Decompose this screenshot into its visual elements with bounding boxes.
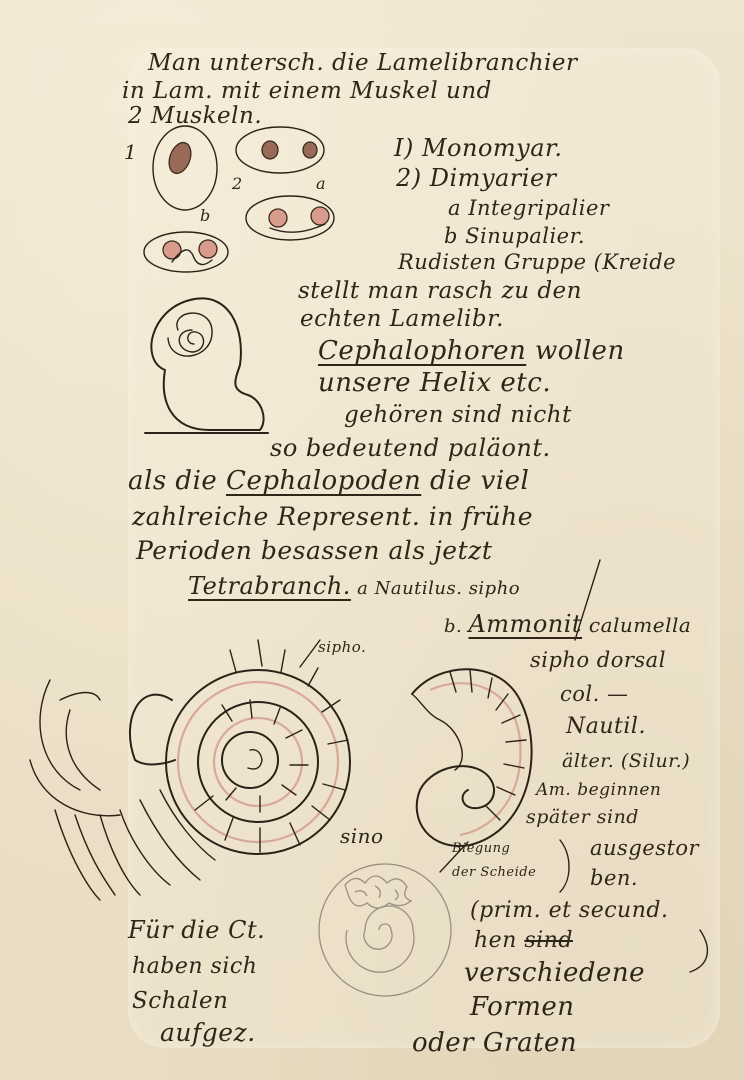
notebook-page: Man untersch. die Lamelibranchier in Lam… <box>0 0 744 1080</box>
term-cephalopoden: Cephalopoden <box>226 466 421 496</box>
text-line-formen: Formen <box>470 994 575 1020</box>
text-line-gehoren: gehören sind nicht <box>344 404 572 427</box>
text-line-nautil: Nautil. <box>566 716 646 738</box>
term-cephalophoren: Cephalophoren <box>318 336 526 366</box>
text-line-oder: oder Graten <box>412 1030 577 1056</box>
text-line-beginnen: Am. beginnen <box>536 782 661 799</box>
text-line-aufgez: aufgez. <box>160 1020 256 1045</box>
text-line-stellt: stellt man rasch zu den <box>298 280 582 303</box>
fig-label-2: 2 <box>232 176 243 192</box>
text-line-sipho-dorsal: sipho dorsal <box>530 650 666 671</box>
fig-label-1: 1 <box>124 142 137 162</box>
term-ammonit: Ammonit <box>468 610 582 638</box>
text-line-haben: haben sich <box>132 956 257 978</box>
sinus-label: sino <box>340 826 384 846</box>
text-line-rudisten: Rudisten Gruppe (Kreide <box>398 252 676 273</box>
text-line-monomyar: I) Monomyar. <box>394 136 563 160</box>
text-line-helix: unsere Helix etc. <box>318 370 551 396</box>
struck-word: sind <box>524 928 573 953</box>
biegung-label: Biegung <box>452 842 510 855</box>
text-line-fur-die: Für die Ct. <box>128 918 265 942</box>
text-line-bedeutend: so bedeutend paläont. <box>270 436 551 460</box>
text-line-schalen: Schalen <box>132 990 228 1013</box>
text-line-3: 2 Muskeln. <box>128 105 262 128</box>
text-line-zahlreiche: zahlreiche Represent. in frühe <box>132 504 533 529</box>
text-line-ben: ben. <box>590 868 638 889</box>
term-tetrabranch: Tetrabranch. <box>188 572 351 600</box>
text-line-col: col. — <box>560 684 628 705</box>
text-line-1: Man untersch. die Lamelibranchier <box>148 52 578 75</box>
text-line-cephalopoden: als die Cephalopoden die viel <box>128 468 529 494</box>
fig-label-a: a <box>316 176 326 192</box>
text-line-integripalier: a Integripalier <box>448 198 609 219</box>
text-line-verschiedene: verschiedene <box>464 960 645 986</box>
text-line-dimyarier: 2) Dimyarier <box>396 166 557 190</box>
text-line-perioden: Perioden besassen als jetzt <box>136 538 492 563</box>
text-line-tetrabranch: Tetrabranch. a Nautilus. sipho <box>188 574 520 598</box>
fig-label-b: b <box>200 208 211 224</box>
text-line-prim: (prim. et secund. <box>470 900 668 922</box>
text-line-alter: älter. (Silur.) <box>562 752 690 771</box>
text-line-hen: hen sind <box>474 930 573 952</box>
text-line-spater: später sind <box>526 808 639 827</box>
text-line-cephalophoren: Cephalophoren wollen <box>318 338 625 364</box>
text-line-2: in Lam. mit einem Muskel und <box>122 80 492 103</box>
text-line-sinupalier: b Sinupalier. <box>444 226 585 247</box>
text-line-echten: echten Lamelibr. <box>300 308 504 331</box>
text-line-ammonit: b. Ammonit calumella <box>444 612 691 636</box>
sipho-label: sipho. <box>318 640 366 655</box>
text-line-ausgestor: ausgestor <box>590 838 699 859</box>
der-scheide-label: der Scheide <box>452 866 536 879</box>
